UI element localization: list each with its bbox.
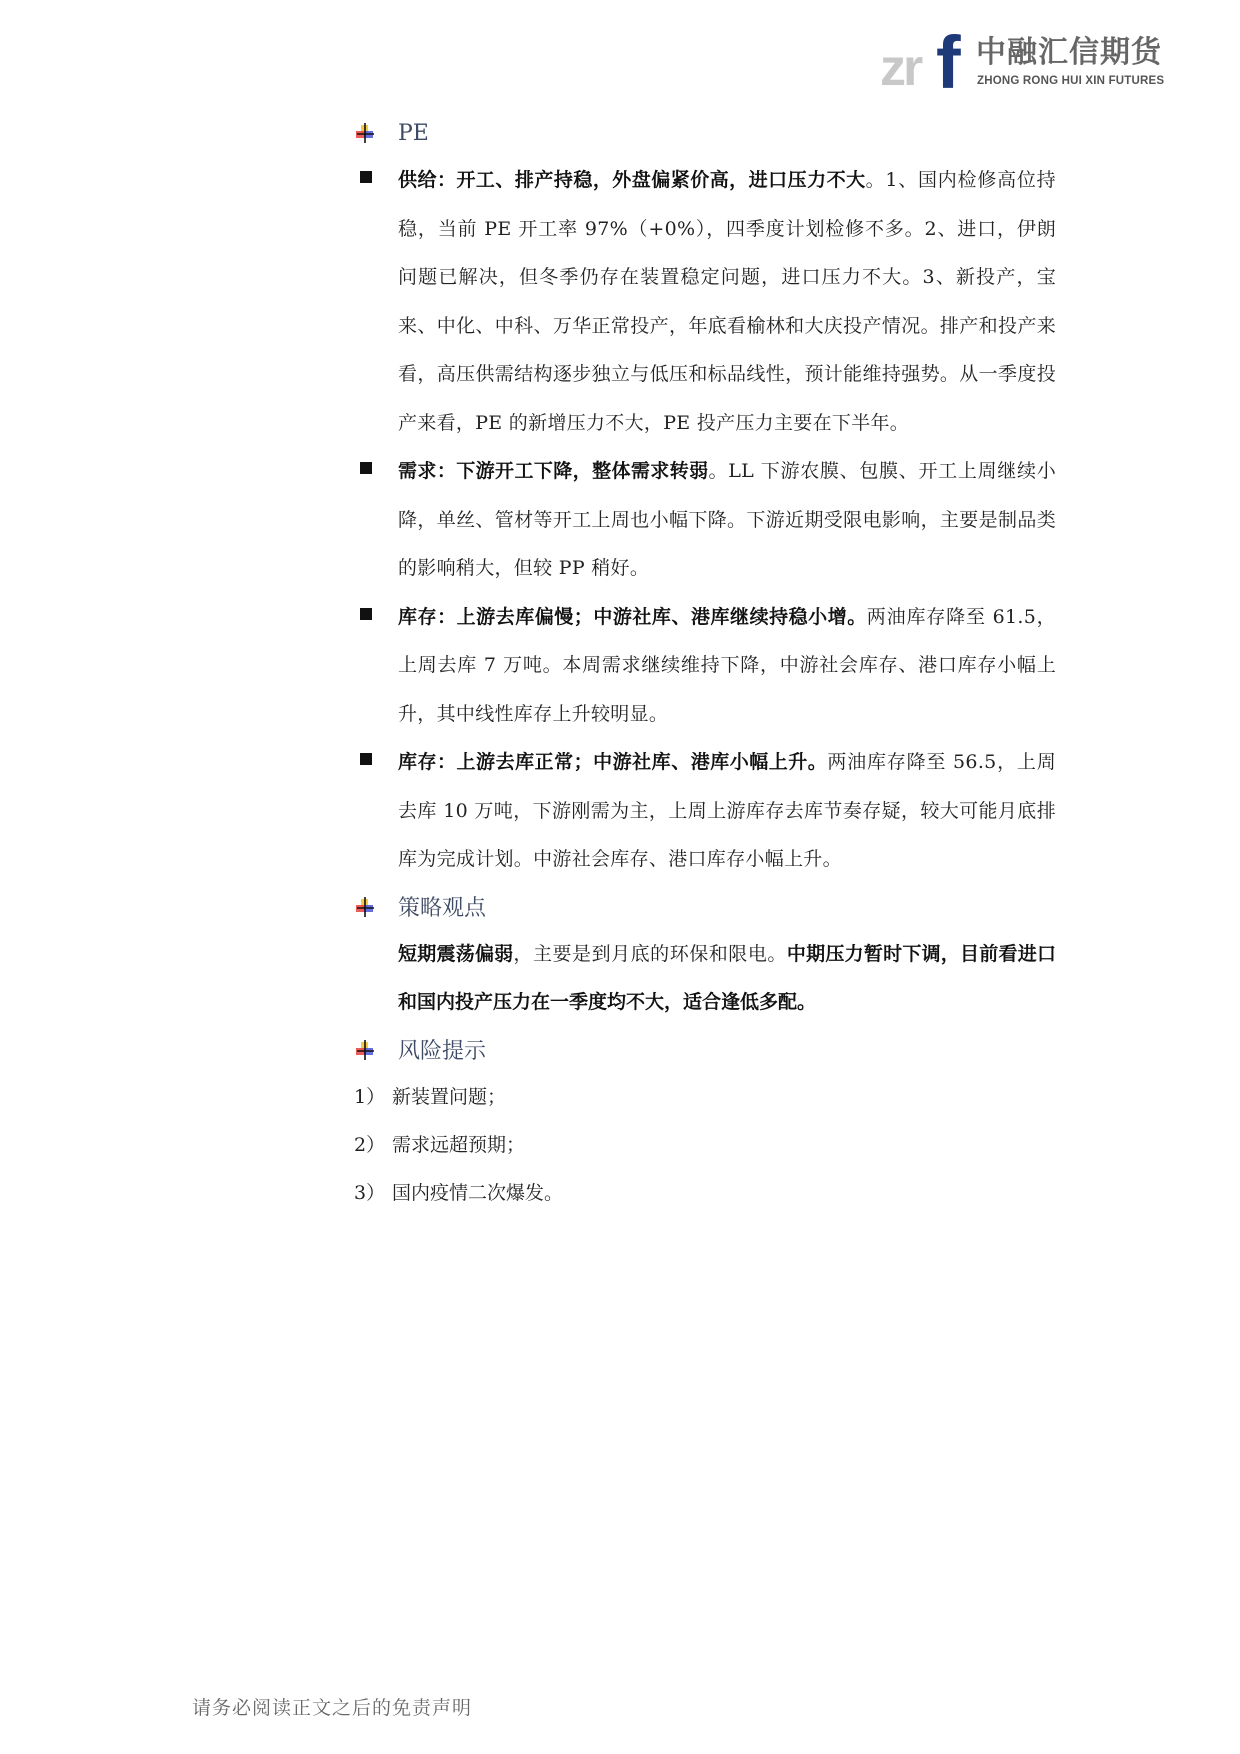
- supply-detail: 。1、国内检修高位持稳，当前 PE 开工率 97%（+0%），四季度计划检修不多…: [398, 169, 1056, 434]
- strategy-short-term-detail: ，主要是到月底的环保和限电。: [513, 943, 787, 965]
- list-item: 3） 国内疫情二次爆发。: [354, 1169, 1056, 1217]
- company-logo: zr f 中融汇信期货 ZHONG RONG HUI XIN FUTURES: [880, 28, 1180, 90]
- inventory-2-summary: 库存：上游去库正常；中游社库、港库小幅上升。: [398, 751, 827, 773]
- square-bullet-icon: [360, 753, 372, 765]
- bullet-demand: 需求：下游开工下降，整体需求转弱。LL 下游农膜、包膜、开工上周继续小降，单丝、…: [356, 447, 1056, 593]
- supply-summary: 供给：开工、排产持稳，外盘偏紧价高，进口压力不大: [398, 169, 866, 191]
- list-number: 2）: [354, 1121, 392, 1169]
- section-title: 风险提示: [398, 1034, 486, 1065]
- section-heading-strategy: 策略观点: [356, 884, 1056, 930]
- strategy-short-term: 短期震荡偏弱: [398, 943, 513, 965]
- demand-summary: 需求：下游开工下降，整体需求转弱: [398, 460, 709, 482]
- bullet-inventory-2: 库存：上游去库正常；中游社库、港库小幅上升。两油库存降至 56.5，上周去库 1…: [356, 738, 1056, 884]
- square-bullet-icon: [360, 608, 372, 620]
- list-text: 国内疫情二次爆发。: [392, 1169, 563, 1217]
- list-text: 需求远超预期；: [392, 1121, 525, 1169]
- bullet-supply: 供给：开工、排产持稳，外盘偏紧价高，进口压力不大。1、国内检修高位持稳，当前 P…: [356, 156, 1056, 447]
- report-body: PE 供给：开工、排产持稳，外盘偏紧价高，进口压力不大。1、国内检修高位持稳，当…: [356, 110, 1056, 1217]
- list-item: 2） 需求远超预期；: [354, 1121, 1056, 1169]
- inventory-1-summary: 库存：上游去库偏慢；中游社库、港库继续持稳小增。: [398, 606, 867, 628]
- footer-disclaimer: 请务必阅读正文之后的免责声明: [192, 1693, 472, 1720]
- logo-mark-zr: zr: [880, 42, 920, 94]
- list-text: 新装置问题；: [392, 1073, 506, 1121]
- logo-chinese-name: 中融汇信期货: [976, 36, 1162, 70]
- list-number: 1）: [354, 1073, 392, 1121]
- square-bullet-icon: [360, 462, 372, 474]
- logo-mark-f: f: [936, 26, 961, 100]
- logo-english-name: ZHONG RONG HUI XIN FUTURES: [977, 75, 1164, 87]
- diamond-bullet-icon: [354, 1039, 376, 1061]
- section-title: PE: [398, 121, 429, 146]
- diamond-bullet-icon: [354, 896, 376, 918]
- square-bullet-icon: [360, 171, 372, 183]
- section-heading-risk: 风险提示: [356, 1027, 1056, 1073]
- list-number: 3）: [354, 1169, 392, 1217]
- strategy-paragraph: 短期震荡偏弱，主要是到月底的环保和限电。中期压力暂时下调，目前看进口和国内投产压…: [356, 930, 1056, 1027]
- risk-list: 1） 新装置问题； 2） 需求远超预期； 3） 国内疫情二次爆发。: [354, 1073, 1056, 1217]
- bullet-inventory-1: 库存：上游去库偏慢；中游社库、港库继续持稳小增。两油库存降至 61.5，上周去库…: [356, 593, 1056, 739]
- section-heading-pe: PE: [356, 110, 1056, 156]
- list-item: 1） 新装置问题；: [354, 1073, 1056, 1121]
- diamond-bullet-icon: [354, 122, 376, 144]
- section-title: 策略观点: [398, 891, 486, 922]
